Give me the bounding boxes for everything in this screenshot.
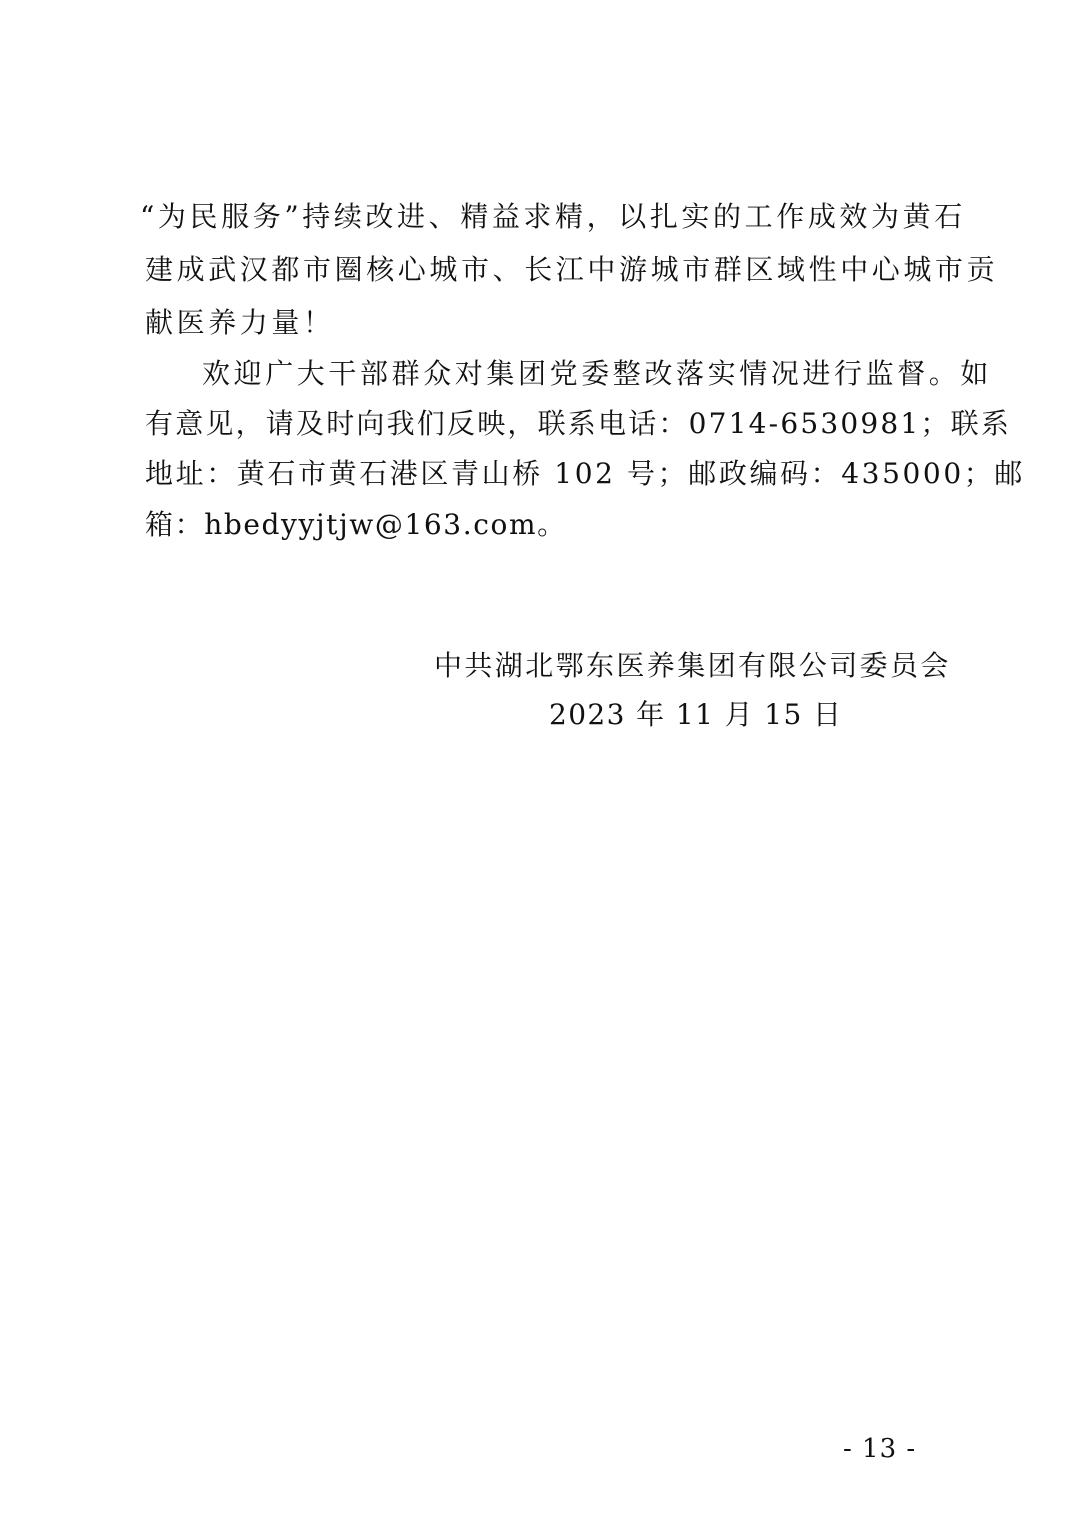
paragraph-line: 献医养力量！ <box>145 305 335 341</box>
document-page: “为民服务”持续改进、精益求精，以扎实的工作成效为黄石 建成武汉都市圈核心城市、… <box>0 0 1074 1520</box>
page-number: - 13 - <box>843 1433 916 1465</box>
paragraph-line: “为民服务”持续改进、精益求精，以扎实的工作成效为黄石 <box>140 199 966 235</box>
signature-date: 2023 年 11 月 15 日 <box>549 697 842 733</box>
paragraph-line: 箱：hbedyyjtjw@163.com。 <box>145 507 567 543</box>
paragraph-line: 地址：黄石市黄石港区青山桥 102 号；邮政编码：435000；邮 <box>145 456 1025 492</box>
paragraph-line: 欢迎广大干部群众对集团党委整改落实情况进行监督。如 <box>202 356 992 392</box>
paragraph-line: 建成武汉都市圈核心城市、长江中游城市群区域性中心城市贡 <box>145 252 998 288</box>
signature-organization: 中共湖北鄂东医养集团有限公司委员会 <box>434 648 951 684</box>
paragraph-line: 有意见，请及时向我们反映，联系电话：0714-6530981；联系 <box>145 406 1011 442</box>
